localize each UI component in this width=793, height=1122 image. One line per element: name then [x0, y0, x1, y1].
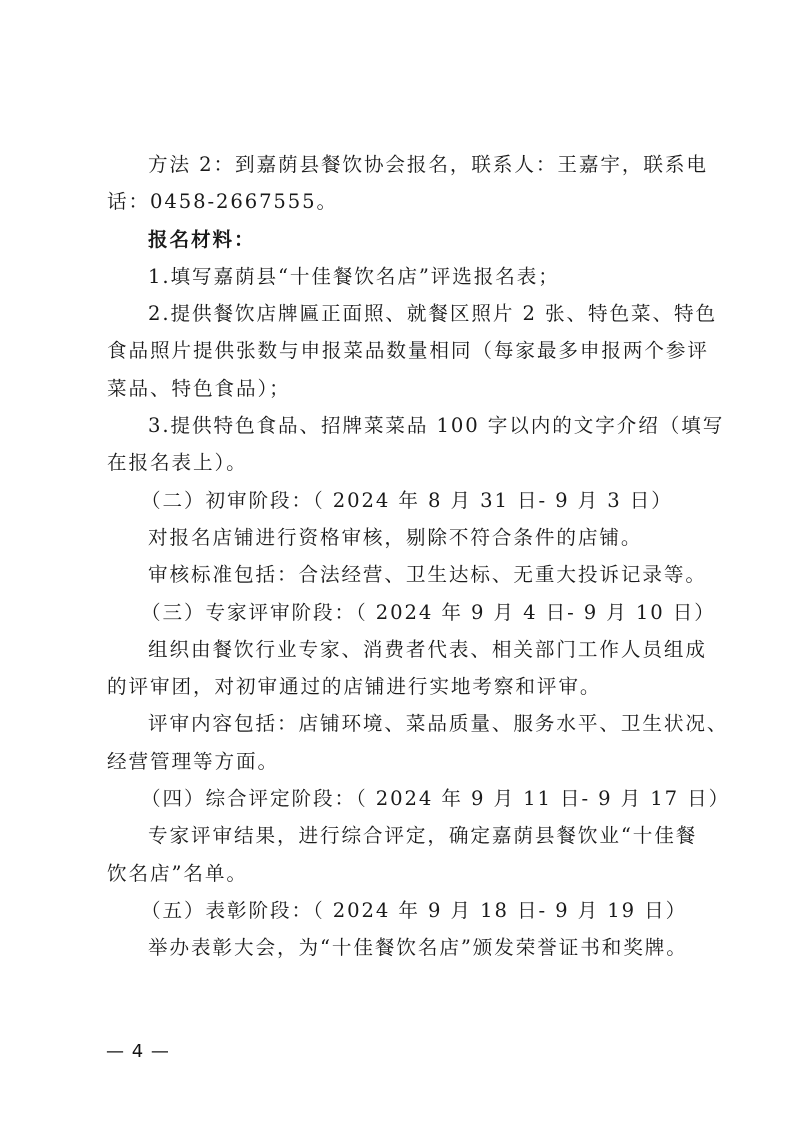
stage-3-paragraph-2-line-2: 经营管理等方面。	[107, 743, 691, 780]
material-item-3-line-2: 在报名表上）。	[107, 444, 691, 481]
material-item-2-line-1: 2.提供餐饮店牌匾正面照、就餐区照片 2 张、特色菜、特色	[107, 295, 691, 332]
document-body: 方法 2：到嘉荫县餐饮协会报名，联系人：王嘉宇，联系电 话：0458-26675…	[107, 146, 691, 967]
method-2-line-2: 话：0458-2667555。	[107, 183, 691, 220]
material-item-3-line-1: 3.提供特色食品、招牌菜菜品 100 字以内的文字介绍（填写	[107, 407, 691, 444]
materials-heading: 报名材料：	[107, 221, 691, 258]
stage-4-paragraph-line-2: 饮名店”名单。	[107, 855, 691, 892]
stage-3-paragraph-1-line-2: 的评审团，对初审通过的店铺进行实地考察和评审。	[107, 668, 691, 705]
stage-2-paragraph-2: 审核标准包括：合法经营、卫生达标、无重大投诉记录等。	[107, 556, 691, 593]
stage-3-paragraph-1-line-1: 组织由餐饮行业专家、消费者代表、相关部门工作人员组成	[107, 631, 691, 668]
stage-5-paragraph: 举办表彰大会，为“十佳餐饮名店”颁发荣誉证书和奖牌。	[107, 929, 691, 966]
stage-5-heading: （五）表彰阶段：（ 2024 年 9 月 18 日- 9 月 19 日）	[107, 892, 691, 929]
stage-4-heading: （四）综合评定阶段：（ 2024 年 9 月 11 日- 9 月 17 日）	[107, 780, 691, 817]
stage-2-heading: （二）初审阶段：（ 2024 年 8 月 31 日- 9 月 3 日）	[107, 482, 691, 519]
stage-3-heading: （三）专家评审阶段：（ 2024 年 9 月 4 日- 9 月 10 日）	[107, 594, 691, 631]
method-2-line-1: 方法 2：到嘉荫县餐饮协会报名，联系人：王嘉宇，联系电	[107, 146, 691, 183]
stage-2-paragraph-1: 对报名店铺进行资格审核，剔除不符合条件的店铺。	[107, 519, 691, 556]
material-item-2-line-2: 食品照片提供张数与申报菜品数量相同（每家最多申报两个参评	[107, 332, 691, 369]
stage-4-paragraph-line-1: 专家评审结果，进行综合评定，确定嘉荫县餐饮业“十佳餐	[107, 817, 691, 854]
material-item-2-line-3: 菜品、特色食品）；	[107, 370, 691, 407]
page-number: — 4 —	[106, 1041, 170, 1062]
stage-3-paragraph-2-line-1: 评审内容包括：店铺环境、菜品质量、服务水平、卫生状况、	[107, 705, 691, 742]
material-item-1: 1.填写嘉荫县“十佳餐饮名店”评选报名表；	[107, 258, 691, 295]
